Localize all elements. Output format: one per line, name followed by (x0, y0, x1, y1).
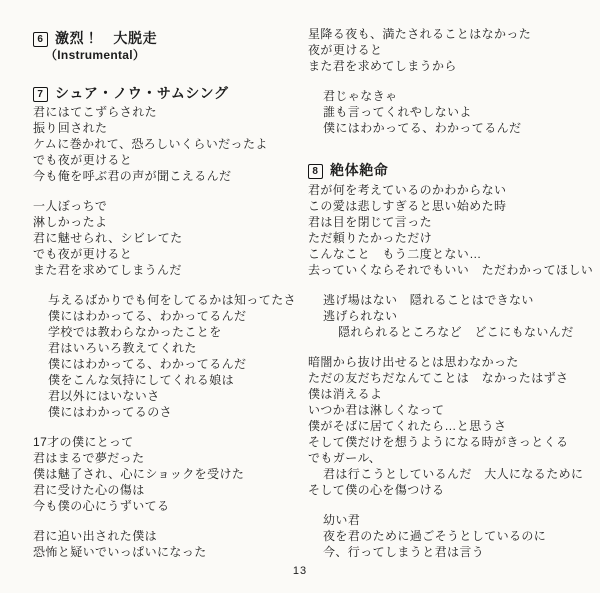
instrumental-note: （Instrumental） (33, 47, 303, 63)
lyric-line: 今も僕の心にうずいてる (33, 498, 303, 514)
track-title: シュア・ノウ・サムシング (55, 85, 229, 101)
lyric-line: 17才の僕にとって (33, 434, 303, 450)
lyric-line: 僕にはわかってる、わかってるんだ (323, 120, 594, 136)
stanza: 暗闇から抜け出せるとは思わなかった ただの友だちだなんてことは なかったはずさ … (308, 354, 594, 498)
lyric-line: そして僕だけを想うようになる時がきっとくる (308, 434, 594, 450)
track-number-badge: 7 (33, 87, 48, 102)
lyric-line: 星降る夜も、満たされることはなかった (308, 26, 594, 42)
lyric-line: 君以外にはいないさ (48, 388, 303, 404)
track-7-title-row: 7シュア・ノウ・サムシング (33, 85, 303, 102)
track-number-badge: 6 (33, 32, 48, 47)
lyric-line: 君じゃなきゃ (323, 88, 594, 104)
lyric-line: 今も俺を呼ぶ君の声が聞こえるんだ (33, 168, 303, 184)
lyric-line: 振り回された (33, 120, 303, 136)
lyric-line: 僕は消えるよ (308, 386, 594, 402)
lyric-line: 僕がそばに居てくれたら…と思うさ (308, 418, 594, 434)
lyric-line: 君は目を閉じて言った (308, 214, 594, 230)
lyrics-column-left: 6激烈！ 大脱走 （Instrumental） 7シュア・ノウ・サムシング 君に… (33, 30, 303, 574)
lyric-line: 僕をこんな気持にしてくれる娘は (48, 372, 303, 388)
lyric-line: 逃げ場はない 隠れることはできない (323, 292, 594, 308)
stanza: 17才の僕にとって 君はまるで夢だった 僕は魅了され、心にショックを受けた 君に… (33, 434, 303, 514)
lyrics-booklet-page: 6激烈！ 大脱走 （Instrumental） 7シュア・ノウ・サムシング 君に… (0, 0, 600, 593)
stanza: 君にはてこずらされた 振り回された ケムに巻かれて、恐ろしいくらいだったよ でも… (33, 104, 303, 184)
lyric-line: 与えるばかりでも何をしてるかは知ってたさ (48, 292, 303, 308)
lyric-line: ただの友だちだなんてことは なかったはずさ (308, 370, 594, 386)
lyric-line: 去っていくならそれでもいい ただわかってほしい (308, 262, 594, 278)
track-title: 激烈！ 大脱走 (55, 30, 157, 46)
lyric-line: 君にはてこずらされた (33, 104, 303, 120)
stanza-chorus: 逃げ場はない 隠れることはできない 逃げられない 隠れられるところなど どこにも… (308, 292, 594, 340)
lyric-line: 逃げられない (323, 308, 594, 324)
lyric-line: ただ頼りたかっただけ (308, 230, 594, 246)
lyric-line: また君を求めてしまうから (308, 58, 594, 74)
lyric-line: 淋しかったよ (33, 214, 303, 230)
lyric-line: ケムに巻かれて、恐ろしいくらいだったよ (33, 136, 303, 152)
lyric-line: 恐怖と疑いでいっぱいになった (33, 544, 303, 560)
lyric-line: でも夜が更けると (33, 246, 303, 262)
lyric-line: 君は行こうとしているんだ 大人になるために (308, 466, 594, 482)
lyric-line: 君に追い出された僕は (33, 528, 303, 544)
lyric-line: いつか君は淋しくなって (308, 402, 594, 418)
stanza-chorus: 与えるばかりでも何をしてるかは知ってたさ 僕にはわかってる、わかってるんだ 学校… (33, 292, 303, 420)
lyric-line: 僕は魅了され、心にショックを受けた (33, 466, 303, 482)
lyric-line: 幼い君 (323, 512, 594, 528)
lyric-line: 君はいろいろ教えてくれた (48, 340, 303, 356)
lyric-line: でも夜が更けると (33, 152, 303, 168)
page-number: 13 (0, 565, 600, 577)
lyric-line: 僕にはわかってる、わかってるんだ (48, 356, 303, 372)
stanza: 君が何を考えているのかわからない この愛は悲しすぎると思い始めた時 君は目を閉じ… (308, 182, 594, 278)
lyric-line: 夜が更けると (308, 42, 594, 58)
lyric-line: 一人ぼっちで (33, 198, 303, 214)
lyric-line: 君に魅せられ、シビレてた (33, 230, 303, 246)
lyric-line: 君が何を考えているのかわからない (308, 182, 594, 198)
stanza: 一人ぼっちで 淋しかったよ 君に魅せられ、シビレてた でも夜が更けると また君を… (33, 198, 303, 278)
lyrics-column-right: 星降る夜も、満たされることはなかった 夜が更けると また君を求めてしまうから 君… (308, 26, 594, 574)
lyric-line: 僕にはわかってる、わかってるんだ (48, 308, 303, 324)
lyric-line: 僕にはわかってるのさ (48, 404, 303, 420)
stanza-chorus: 幼い君 夜を君のために過ごそうとしているのに 今、行ってしまうと君は言う (308, 512, 594, 560)
lyric-line: 学校では教わらなかったことを (48, 324, 303, 340)
lyric-line: でもガール、 (308, 450, 594, 466)
stanza: 星降る夜も、満たされることはなかった 夜が更けると また君を求めてしまうから (308, 26, 594, 74)
track-8-title-row: 8絶体絶命 (308, 162, 594, 179)
lyric-line: 君はまるで夢だった (33, 450, 303, 466)
lyric-line: 夜を君のために過ごそうとしているのに (323, 528, 594, 544)
track-6-header-block: 6激烈！ 大脱走 （Instrumental） (33, 30, 303, 63)
track-number-badge: 8 (308, 164, 323, 179)
lyric-line: この愛は悲しすぎると思い始めた時 (308, 198, 594, 214)
lyric-line: 誰も言ってくれやしないよ (323, 104, 594, 120)
lyric-line: 今、行ってしまうと君は言う (323, 544, 594, 560)
track-6-title-row: 6激烈！ 大脱走 (33, 30, 303, 47)
lyric-line: 暗闇から抜け出せるとは思わなかった (308, 354, 594, 370)
stanza-chorus: 君じゃなきゃ 誰も言ってくれやしないよ 僕にはわかってる、わかってるんだ (308, 88, 594, 136)
lyric-line: 君に受けた心の傷は (33, 482, 303, 498)
lyric-line: そして僕の心を傷つける (308, 482, 594, 498)
track-title: 絶体絶命 (330, 162, 388, 178)
stanza: 君に追い出された僕は 恐怖と疑いでいっぱいになった (33, 528, 303, 560)
lyric-line: また君を求めてしまうんだ (33, 262, 303, 278)
lyric-line: 隠れられるところなど どこにもないんだ (323, 324, 594, 340)
lyric-line: こんなこと もう二度とない… (308, 246, 594, 262)
